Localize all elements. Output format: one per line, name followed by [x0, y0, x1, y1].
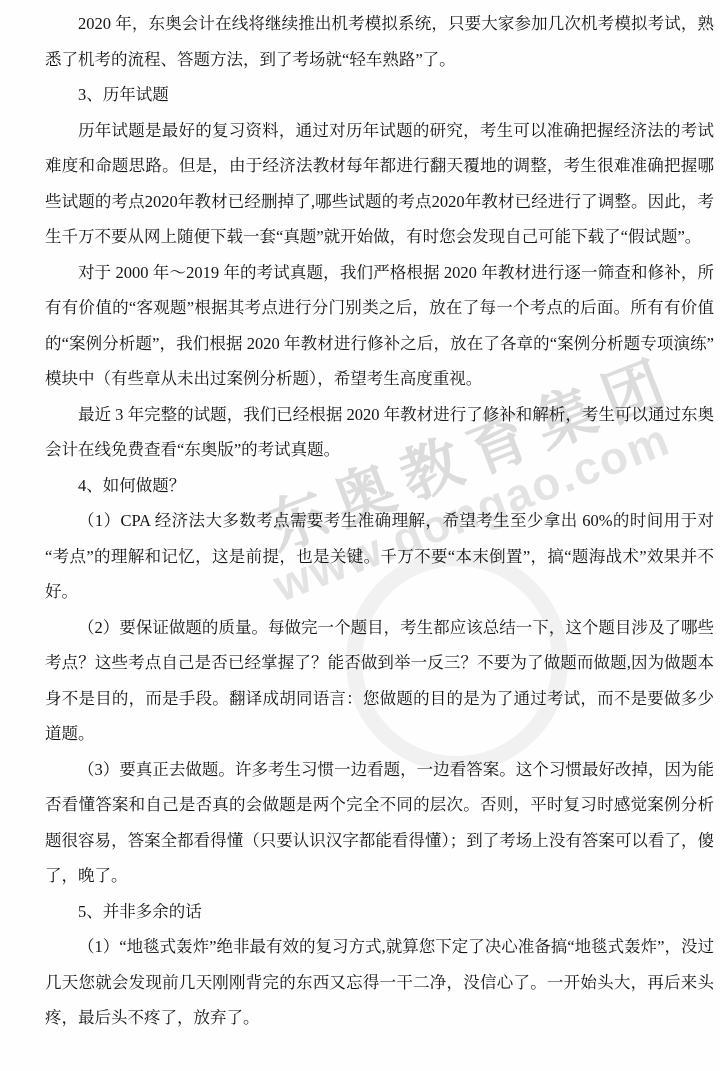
paragraph-past-questions-value: 历年试题是最好的复习资料，通过对历年试题的研究，考生可以准确把握经济法的考试难度… — [45, 113, 714, 255]
paragraph-point-3-really-do-questions: （3）要真正去做题。许多考生习惯一边看题，一边看答案。这个习惯最好改掉，因为能否… — [45, 752, 714, 894]
page: 东奥教育集团 www.dongao.com 2020 年，东奥会计在线将继续推出… — [0, 0, 720, 1071]
paragraph-machine-exam-simulation: 2020 年，东奥会计在线将继续推出机考模拟系统，只要大家参加几次机考模拟考试，… — [45, 6, 714, 77]
paragraph-point-1-understanding: （1）CPA 经济法大多数考点需要考生准确理解，希望考生至少拿出 60%的时间用… — [45, 503, 714, 610]
heading-not-superfluous-words: 5、并非多余的话 — [45, 894, 714, 930]
heading-how-to-practice: 4、如何做题？ — [45, 468, 714, 504]
paragraph-recent-3-years-questions: 最近 3 年完整的试题，我们已经根据 2020 年教材进行了修补和解析，考生可以… — [45, 397, 714, 468]
heading-past-exam-questions: 3、历年试题 — [45, 77, 714, 113]
paragraph-carpet-bombing-review: （1）“地毯式轰炸”绝非最有效的复习方式,就算您下定了决心准备搞“地毯式轰炸”，… — [45, 929, 714, 1036]
paragraph-2000-2019-questions-revision: 对于 2000 年～2019 年的考试真题，我们严格根据 2020 年教材进行逐… — [45, 255, 714, 397]
document-body: 2020 年，东奥会计在线将继续推出机考模拟系统，只要大家参加几次机考模拟考试，… — [45, 0, 714, 1036]
paragraph-point-2-practice-quality: （2）要保证做题的质量。每做完一个题目，考生都应该总结一下，这个题目涉及了哪些考… — [45, 610, 714, 752]
document-page: { "page": { "background": "#ffffff", "te… — [0, 0, 720, 1071]
